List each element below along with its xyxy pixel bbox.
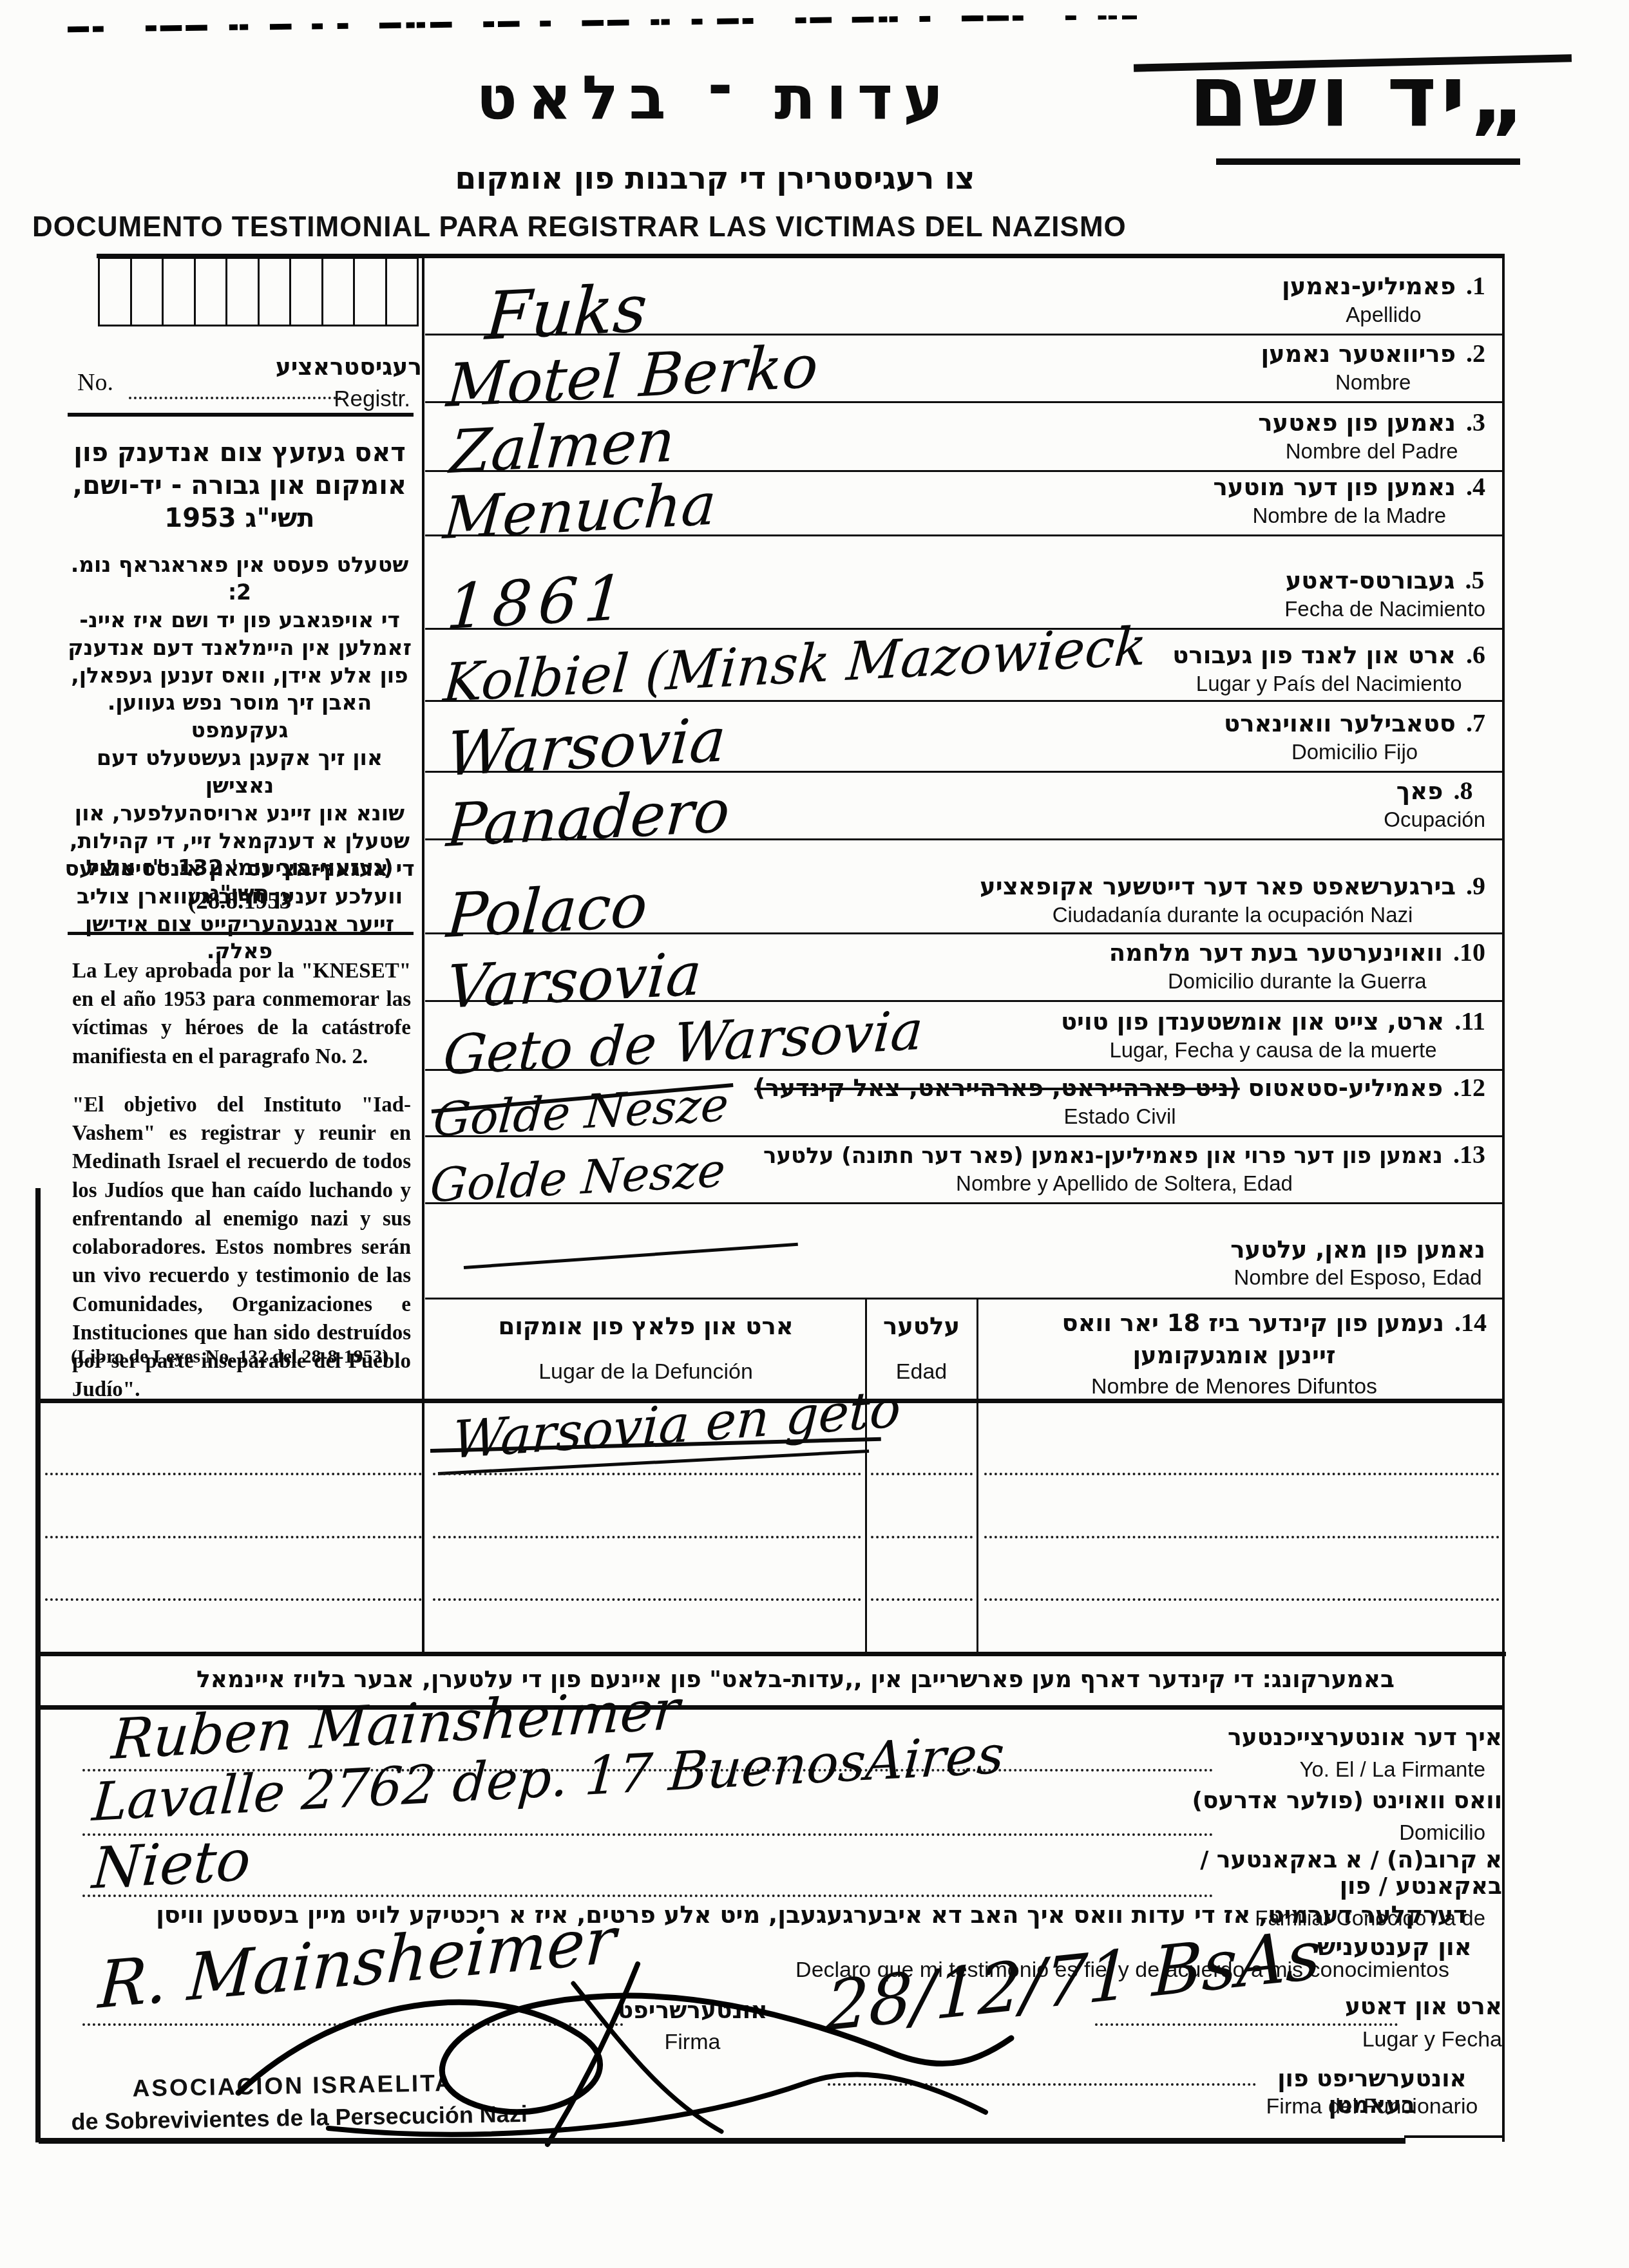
field-label: פאמיליע-נאמען.1 Apellido	[1282, 270, 1485, 327]
field-nombre-soltera: Golde Nesze נאמען פון דער פרוי און פאמיל…	[425, 1135, 1503, 1204]
left-edge-border	[35, 1188, 41, 2142]
domicilio-label: וואס וואוינט (פולער אדרעס) Domicilio	[1172, 1788, 1502, 1845]
label-yiddish: נאמען פון מאן, עלטער	[1230, 1236, 1485, 1263]
label-yiddish: נאמען פון דער פרוי און פאמיליען-נאמען (פ…	[763, 1143, 1443, 1169]
label-yiddish: סטאבילער וואוינארט	[1224, 710, 1456, 737]
field-nombre-madre: Menucha נאמען פון דער מוטער.4 Nombre de …	[425, 470, 1503, 536]
table-cell-line[interactable]	[433, 1536, 861, 1538]
label-spanish: Nombre del Padre	[1286, 439, 1458, 464]
table-header-edad: עלטער Edad	[866, 1312, 976, 1384]
label-spanish: Nombre y Apellido de Soltera, Edad	[956, 1171, 1293, 1196]
label-spanish: Yo. El / La Firmante	[1172, 1757, 1502, 1782]
table-cell-line[interactable]	[871, 1598, 973, 1601]
col-label-yiddish-2: זיינען אומגעקומען	[978, 1341, 1491, 1369]
field-domicilio-guerra: Varsovia וואוינערטער בעת דער מלחמה.10 Do…	[425, 932, 1503, 1002]
handwritten-relationship[interactable]: Nieto	[90, 1827, 252, 1902]
col-label-yiddish: נעמען פון קינדער ביז 18 יאר וואס	[1062, 1309, 1445, 1337]
fecha-line[interactable]	[1095, 2023, 1398, 2026]
label-yiddish: נאמען פון פאטער	[1258, 409, 1456, 437]
label-yiddish: וואס וואוינט (פולער אדרעס)	[1172, 1788, 1502, 1814]
law-heading: דאס געזעץ צום אנדענק פון אומקום און גבור…	[63, 437, 416, 536]
field-fecha-nacimiento: 1861 געבורטס-דאטע.5 Fecha de Nacimiento	[425, 534, 1503, 630]
label-yiddish: נאמען פון דער מוטער	[1214, 473, 1456, 501]
table-cell-line[interactable]	[871, 1473, 973, 1475]
law-reference-spanish: (Libro de Leyes No. 132 del 28-8-1953)	[71, 1346, 414, 1368]
field-ocupacion: Panadero פאך.8 Ocupación	[425, 771, 1503, 840]
col-label-spanish: Nombre de Menores Difuntos	[978, 1374, 1491, 1399]
field-nombre-esposo: נאמען פון מאן, עלטער Nombre del Esposo, …	[425, 1202, 1503, 1299]
degraded-text: ━╸ ╺━━ ╍ ━ ╸╸ ━╍━ ╺━ ╸ ━━ ╍ ╸━╸ ╺━ ━╍ ╸ …	[68, 15, 1137, 50]
label-spanish: Ciudadanía durante la ocupación Nazi	[1053, 903, 1413, 927]
handwritten-dash[interactable]	[464, 1243, 798, 1269]
field-number: .13	[1453, 1139, 1485, 1169]
table-cell-line[interactable]	[45, 1598, 422, 1601]
field-apellido: Fuks פאמיליע-נאמען.1 Apellido	[425, 256, 1503, 335]
degraded-header-line: ━╸ ╺━━ ╍ ━ ╸╸ ━╍━ ╺━ ╸ ━━ ╍ ╸━╸ ╺━ ━╍ ╸ …	[68, 15, 1137, 57]
col-label-yiddish: עלטער	[866, 1312, 976, 1340]
label-yiddish: געבורטס-דאטע	[1286, 567, 1455, 594]
yad-vashem-logo: „יד ושם	[1188, 50, 1530, 144]
registr-label-spanish: Registr.	[334, 386, 410, 412]
sidebar-rule-1	[68, 413, 414, 417]
table-divider-2	[976, 1299, 978, 1653]
registr-label-yiddish: רעגיסטראציע	[276, 354, 422, 381]
label-spanish: Estado Civil	[1063, 1104, 1176, 1129]
label-yiddish: פאמיליע-סטאטוס (ניט פארהייראט, פארהייראט…	[754, 1074, 1443, 1102]
official-signature-scribble[interactable]	[213, 1958, 1024, 2151]
label-spanish: Nombre del Esposo, Edad	[1234, 1265, 1482, 1290]
table-cell-line[interactable]	[984, 1473, 1500, 1475]
law-heading-line: אומקום און גבורה - יד-ושם,	[63, 469, 416, 502]
label-spanish: Lugar y País del Nacimiento	[1196, 672, 1462, 696]
table-cell-line[interactable]	[433, 1598, 861, 1601]
field-number: .5	[1465, 565, 1484, 595]
table-divider-1	[865, 1299, 867, 1653]
label-spanish: Nombre	[1335, 370, 1411, 395]
label-spanish: Ocupación	[1384, 808, 1485, 832]
law-heading-line: תשי"ג 1953	[63, 502, 416, 535]
label-spanish: Domicilio Fijo	[1291, 740, 1418, 764]
struck-label-part: (ניט פארהייראט, פארהייראט, צאל קינדער)	[754, 1074, 1240, 1102]
field-domicilio-fijo: Warsovia סטאבילער וואוינארט.7 Domicilio …	[425, 700, 1503, 773]
label-yiddish: פריוואטער נאמען	[1261, 340, 1456, 368]
sidebar-right-border	[422, 256, 424, 1654]
col-label-yiddish: ארט און פלאץ פון אומקום	[426, 1312, 865, 1340]
page-title-yiddish: עדות ־ בלאט	[361, 63, 1069, 133]
field-lugar-muerte: Geto de Warsovia ארט, צייט און אומשטענדן…	[425, 1000, 1503, 1071]
field-number: .9	[1466, 871, 1485, 901]
logo-underline	[1216, 158, 1520, 165]
field-number: .4	[1466, 471, 1485, 502]
label-spanish: Domicilio durante la Guerra	[1168, 969, 1427, 994]
label-spanish: Apellido	[1346, 303, 1421, 327]
label-yiddish: פאמיליע-נאמען	[1282, 272, 1456, 300]
registration-number-field[interactable]	[129, 397, 341, 399]
familiar-line[interactable]	[82, 1895, 1214, 1897]
table-cell-line[interactable]	[871, 1536, 973, 1538]
table-cell-line[interactable]	[984, 1598, 1500, 1601]
field-number: .11	[1454, 1006, 1485, 1036]
field-number: .3	[1466, 407, 1485, 437]
page-title-spanish: DOCUMENTO TESTIMONIAL PARA REGISTRAR LAS…	[32, 211, 1320, 243]
registration-number-boxes[interactable]	[98, 257, 419, 326]
label-spanish: Domicilio	[1172, 1820, 1502, 1845]
testimony-document-page: ━╸ ╺━━ ╍ ━ ╸╸ ━╍━ ╺━ ╸ ━━ ╍ ╸━╸ ╺━ ━╍ ╸ …	[0, 0, 1629, 2268]
label-spanish: Lugar, Fecha y causa de la muerte	[1109, 1038, 1436, 1063]
field-number: .10	[1453, 937, 1485, 967]
table-cell-line[interactable]	[45, 1473, 422, 1475]
label-yiddish: פאך	[1396, 777, 1443, 805]
sidebar-rule-2	[68, 932, 414, 935]
remark-line: באמערקונג: די קינדער דארף מען פארשרייבן …	[97, 1667, 1494, 1693]
label-spanish: Nombre de la Madre	[1252, 504, 1446, 528]
field-lugar-nacimiento: Kolbiel (Minsk Mazowieck ארט און לאנד פו…	[425, 628, 1503, 702]
col-label-spanish: Lugar de la Defunción	[426, 1359, 865, 1384]
handwritten-table-row1[interactable]: Warsovia en geto	[451, 1379, 902, 1470]
field-number: .14	[1454, 1307, 1487, 1337]
fecha-label-yiddish: ארט און דאטע	[1319, 1994, 1502, 2020]
bottom-border-thin	[1404, 2135, 1505, 2138]
field-number: .12	[1453, 1072, 1485, 1102]
table-header-menores: נעמען פון קינדער ביז 18 יאר וואס .14 זיי…	[978, 1307, 1491, 1399]
label-yiddish: א קרוב(ה) / א באקאנטער / באקאנטע / פון	[1172, 1847, 1502, 1900]
label-yiddish: ארט, צייט און אומשטענדן פון טויט	[1061, 1008, 1444, 1035]
table-bottom-rule	[37, 1652, 1506, 1656]
firmante-label: איך דער אונטערצייכנטער Yo. El / La Firma…	[1172, 1725, 1502, 1782]
field-number: .2	[1466, 338, 1485, 368]
label-yiddish: בירגערשאפט פאר דער דייטשער אקופאציע	[980, 873, 1456, 900]
bottom-border	[39, 2138, 1405, 2144]
registration-row: No. רעגיסטראציע Registr.	[74, 359, 422, 417]
field-nombre: Motel Berko פריוואטער נאמען.2 Nombre	[425, 334, 1503, 403]
law-heading-line: דאס געזעץ צום אנדענק פון	[63, 437, 416, 469]
field-estado-civil: Golde Nesze פאמיליע-סטאטוס (ניט פארהיירא…	[425, 1069, 1503, 1137]
label-yiddish: וואוינערטער בעת דער מלחמה	[1109, 939, 1443, 967]
law-paragraph-es-1: La Ley aprobada por la "KNESET" en el añ…	[72, 957, 411, 1071]
label-yiddish: ארט און לאנד פון געבורט	[1172, 641, 1456, 669]
law-reference-date: (28.8.1953	[63, 887, 416, 915]
table-cell-line[interactable]	[433, 1473, 861, 1475]
field-nombre-padre: Zalmen נאמען פון פאטער.3 Nombre del Padr…	[425, 401, 1503, 472]
table-cell-line[interactable]	[984, 1536, 1500, 1538]
field-number: .7	[1466, 708, 1485, 738]
fecha-label-spanish: Lugar y Fecha	[1319, 2027, 1502, 2052]
label-yiddish: איך דער אונטערצייכנטער	[1172, 1725, 1502, 1751]
table-header-defuncion: ארט און פלאץ פון אומקום Lugar de la Defu…	[426, 1312, 865, 1384]
funcionario-label-spanish: Firma del Funcionario	[1243, 2094, 1501, 2119]
no-label: No.	[77, 368, 113, 397]
field-number: .6	[1466, 639, 1485, 670]
field-number: .8	[1453, 775, 1472, 806]
table-cell-line[interactable]	[45, 1536, 422, 1538]
field-ciudadania: Polaco בירגערשאפט פאר דער דייטשער אקופאצ…	[425, 838, 1503, 934]
label-spanish: Fecha de Nacimiento	[1284, 597, 1485, 621]
page-subtitle-yiddish: צו רעגיסטרירן די קרבנות פון אומקום	[361, 161, 1069, 196]
field-number: .1	[1466, 270, 1485, 301]
